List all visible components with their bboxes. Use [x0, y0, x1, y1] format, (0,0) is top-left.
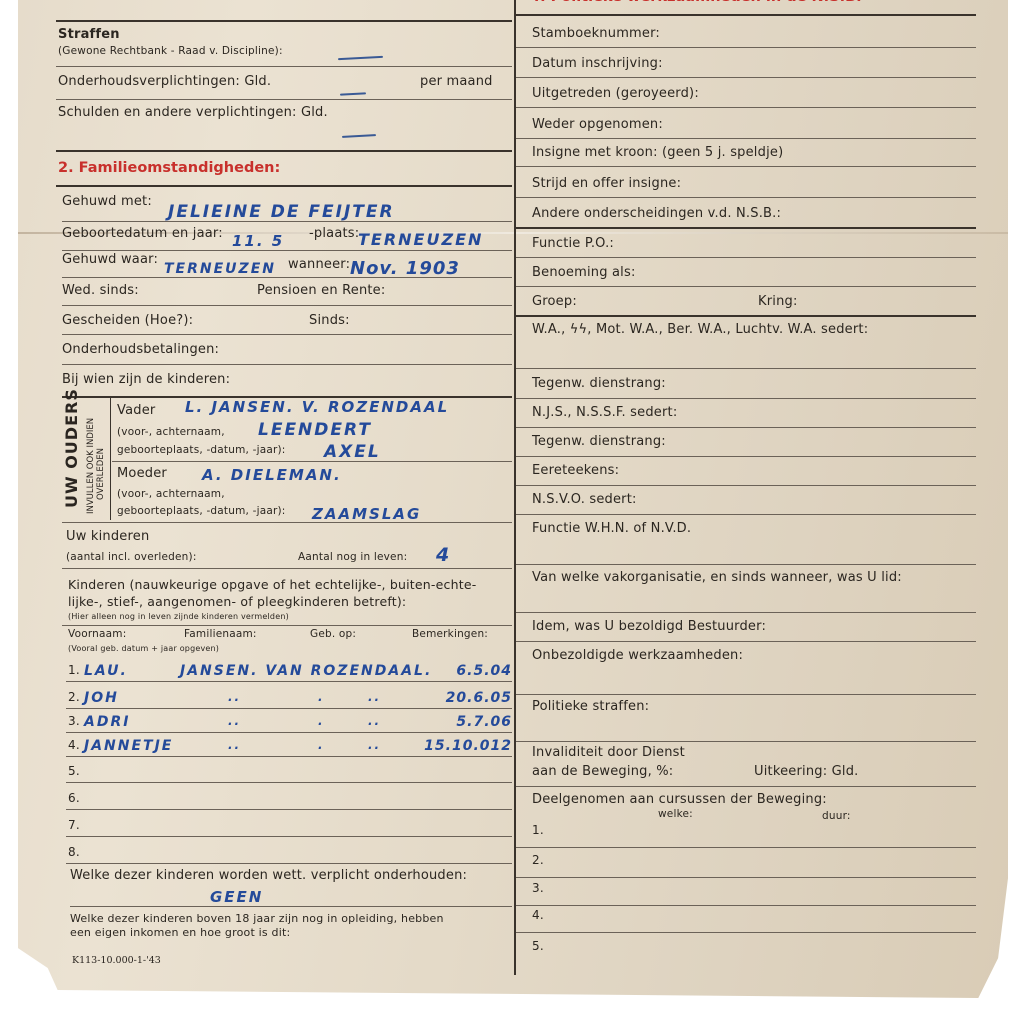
geboorteplaats-value[interactable]: Terneuzen [358, 230, 483, 249]
section-4-title: 4. Politieke werkzaamheden in de N.S.B. [530, 0, 862, 5]
kind-geb-value[interactable]: 5.7.06 [456, 714, 512, 730]
kind-row-number: 8. [68, 845, 80, 859]
ditto-mark: . [318, 690, 325, 704]
divider [516, 641, 976, 642]
cursus-row-number: 2. [532, 853, 544, 867]
divider [66, 809, 512, 810]
divider [516, 227, 976, 229]
ditto-mark: . [318, 738, 325, 752]
kind-geb-value[interactable]: 20.6.05 [446, 690, 512, 706]
divider [516, 877, 976, 878]
duur-label: duur: [822, 810, 851, 822]
onderhoud-suffix: per maand [420, 74, 493, 89]
onderhoud-label: Onderhoudsverplichtingen: Gld. [58, 74, 271, 89]
divider [66, 756, 512, 757]
welke-label: welke: [658, 808, 693, 820]
divider [66, 732, 512, 733]
nsb-field-label: Eereteekens: [532, 463, 619, 478]
straffen-subtitle: (Gewone Rechtbank - Raad v. Discipline): [58, 45, 283, 57]
kring-label: Kring: [758, 294, 798, 309]
geboorteplaats-label: -plaats: [309, 226, 359, 241]
politieke-straffen-label: Politieke straffen: [532, 699, 649, 714]
straffen-title: Straffen [58, 27, 120, 42]
divider [516, 932, 976, 933]
divider [516, 485, 976, 486]
divider [516, 905, 976, 906]
divider [516, 694, 976, 695]
kind-row-number: 3. [68, 714, 80, 728]
ditto-mark: .. [228, 738, 241, 752]
divider [516, 166, 976, 167]
moeder-line-2: (voor-, achternaam, [117, 488, 225, 500]
cursus-row-number: 4. [532, 908, 544, 922]
nsb-field-label: Tegenw. dienstrang: [532, 376, 666, 391]
divider [62, 568, 512, 569]
divider [62, 625, 512, 626]
kind-geb-value[interactable]: 15.10.012 [424, 738, 512, 754]
nsb-field-label: Datum inschrijving: [532, 56, 663, 71]
gehuwd-met-label: Gehuwd met: [62, 194, 152, 209]
divider [516, 257, 976, 258]
ditto-mark: .. [228, 690, 241, 704]
onderhoudsbetalingen-label: Onderhoudsbetalingen: [62, 342, 219, 357]
kind-row-number: 4. [68, 738, 80, 752]
onbezoldigd-label: Onbezoldigde werkzaamheden: [532, 648, 743, 663]
divider [70, 906, 512, 907]
nsb-field-label: Insigne met kroon: (geen 5 j. speldje) [532, 145, 783, 160]
aantal-label: (aantal incl. overleden): [66, 551, 197, 563]
ditto-mark: .. [368, 714, 381, 728]
schulden-label: Schulden en andere verplichtingen: Gld. [58, 105, 328, 120]
divider [516, 315, 976, 317]
nsb-field-label: Strijd en offer insigne: [532, 176, 681, 191]
divider [516, 564, 976, 565]
form-code: K113-10.000-1-'43 [72, 955, 161, 966]
section-2-title: 2. Familieomstandigheden: [58, 160, 280, 176]
invaliditeit-label-1: Invaliditeit door Dienst [532, 745, 685, 760]
divider [66, 836, 512, 837]
divider [516, 77, 976, 78]
nsb-field-label: Functie W.H.N. of N.V.D. [532, 521, 691, 536]
divider [516, 427, 976, 428]
nsb-field-label: N.S.V.O. sedert: [532, 492, 637, 507]
divider [516, 514, 976, 515]
levend-label: Aantal nog in leven: [298, 551, 407, 563]
geboortedatum-label: Geboortedatum en jaar: [62, 226, 223, 241]
divider [516, 138, 976, 139]
ditto-mark: .. [368, 738, 381, 752]
kind-row-number: 2. [68, 690, 80, 704]
vader-line-2: (voor-, achternaam, [117, 426, 225, 438]
divider [516, 14, 976, 16]
verplicht-value[interactable]: Geen [210, 888, 263, 906]
divider [516, 456, 976, 457]
column-divider [514, 0, 516, 975]
cursussen-label: Deelgenomen aan cursussen der Beweging: [532, 792, 827, 807]
divider [62, 250, 512, 251]
pensioen-label: Pensioen en Rente: [257, 283, 385, 298]
moeder-place-value[interactable]: Zaamslag [312, 505, 421, 523]
divider [516, 741, 976, 742]
invaliditeit-label-2: aan de Beweging, %: [532, 764, 673, 779]
boven18-line-1: Welke dezer kinderen boven 18 jaar zijn … [70, 912, 444, 925]
divider [516, 47, 976, 48]
groep-label: Groep: [532, 294, 577, 309]
wed-sinds-label: Wed. sinds: [62, 283, 139, 298]
kinderen-desc-1: Kinderen (nauwkeurige opgave of het echt… [68, 577, 476, 592]
boven18-line-2: een eigen inkomen en hoe groot is dit: [70, 926, 290, 939]
gehuwd-waar-value[interactable]: Terneuzen [164, 261, 276, 277]
ditto-mark: .. [368, 690, 381, 704]
divider [516, 398, 976, 399]
nsb-field-label: Benoeming als: [532, 265, 636, 280]
kinderen-note: (Hier alleen nog in leven zijnde kindere… [68, 612, 289, 621]
divider [56, 66, 512, 67]
col-geb-op: Geb. op: [310, 628, 356, 640]
vader-name-value[interactable]: L. Jansen. v. Rozendaal [185, 398, 449, 416]
geboortedatum-value[interactable]: 11. 5 [232, 232, 284, 250]
moeder-name-value[interactable]: A. Dieleman. [202, 466, 342, 484]
kind-voornaam-value[interactable]: Lau. [84, 663, 128, 679]
nsb-field-label: Weder opgenomen: [532, 117, 663, 132]
divider [62, 334, 512, 335]
moeder-label: Moeder [117, 466, 167, 481]
kind-row-number: 6. [68, 791, 80, 805]
cursus-row-number: 5. [532, 939, 544, 953]
verplicht-label: Welke dezer kinderen worden wett. verpli… [70, 868, 467, 883]
gehuwd-met-value[interactable]: Jelieine de Feijter [168, 202, 395, 222]
divider [56, 185, 512, 187]
divider [62, 522, 512, 523]
kind-voornaam-value[interactable]: Jannetje [84, 738, 173, 754]
kind-geb-value[interactable]: 6.5.04 [456, 663, 512, 679]
levend-value[interactable]: 4 [436, 544, 451, 566]
divider [516, 107, 976, 108]
divider [62, 364, 512, 365]
divider [66, 863, 512, 864]
kinderen-desc-2: lijke-, stief-, aangenomen- of pleegkind… [68, 594, 406, 609]
kind-row-number: 1. [68, 663, 80, 677]
divider [66, 681, 512, 682]
vakorganisatie-label: Van welke vakorganisatie, en sinds wanne… [532, 570, 902, 585]
nsb-field-label: Andere onderscheidingen v.d. N.S.B.: [532, 206, 781, 221]
col-bemerkingen: Bemerkingen: [412, 628, 488, 640]
wanneer-value[interactable]: Nov. 1903 [350, 258, 460, 279]
divider [62, 277, 512, 278]
col-voornaam: Voornaam: [68, 628, 126, 640]
uw-ouders-side-note-1: INVULLEN OOK INDIEN [86, 418, 96, 514]
nsb-field-label: Tegenw. dienstrang: [532, 434, 666, 449]
ditto-mark: .. [228, 714, 241, 728]
uw-ouders-side-note-2: OVERLEDEN [96, 448, 106, 500]
divider [516, 197, 976, 198]
kind-voornaam-value[interactable]: Joh [84, 690, 119, 706]
gescheiden-label: Gescheiden (Hoe?): [62, 313, 193, 328]
divider [112, 461, 512, 462]
nsb-field-label: Functie P.O.: [532, 236, 614, 251]
col-familienaam: Familienaam: [184, 628, 257, 640]
vader-place-value[interactable]: Axel [324, 442, 381, 462]
divider [56, 150, 512, 152]
divider [66, 782, 512, 783]
kind-row-number: 5. [68, 764, 80, 778]
divider [66, 708, 512, 709]
divider [516, 368, 976, 369]
kind-voornaam-value[interactable]: Adri [84, 714, 130, 730]
divider [516, 847, 976, 848]
divider [56, 20, 512, 22]
moeder-line-3: geboorteplaats, -datum, -jaar): [117, 505, 286, 517]
nsb-field-label: N.J.S., N.S.S.F. sedert: [532, 405, 677, 420]
cursus-row-number: 3. [532, 881, 544, 895]
vader-line-3: geboorteplaats, -datum, -jaar): [117, 444, 286, 456]
nsb-field-label: Stamboeknummer: [532, 26, 660, 41]
sinds-label: Sinds: [309, 313, 350, 328]
columns-note: (Vooral geb. datum + jaar opgeven) [68, 644, 219, 653]
wanneer-label: wanneer: [288, 257, 350, 272]
kinderen-title: Uw kinderen [66, 529, 149, 544]
bij-wien-label: Bij wien zijn de kinderen: [62, 372, 230, 387]
ditto-mark: . [318, 714, 325, 728]
divider [62, 221, 512, 222]
nsb-field-label: Uitgetreden (geroyeerd): [532, 86, 699, 101]
divider [56, 99, 512, 100]
divider [516, 286, 976, 287]
uw-ouders-side-title: UW OUDERS [62, 388, 81, 508]
ouders-box-line [110, 398, 111, 520]
uitkeering-label: Uitkeering: Gld. [754, 764, 859, 779]
divider [516, 786, 976, 787]
vader-first-value[interactable]: Leendert [258, 420, 372, 440]
divider [62, 305, 512, 306]
kind-row-number: 7. [68, 818, 80, 832]
kind-familienaam-value[interactable]: Jansen. van Rozendaal. [180, 663, 432, 679]
cursus-row-number: 1. [532, 823, 544, 837]
vader-label: Vader [117, 403, 155, 418]
divider [516, 612, 976, 613]
bestuurder-label: Idem, was U bezoldigd Bestuurder: [532, 619, 766, 634]
wa-label: W.A., ϟϟ, Mot. W.A., Ber. W.A., Luchtv. … [532, 322, 868, 337]
gehuwd-waar-label: Gehuwd waar: [62, 252, 158, 267]
